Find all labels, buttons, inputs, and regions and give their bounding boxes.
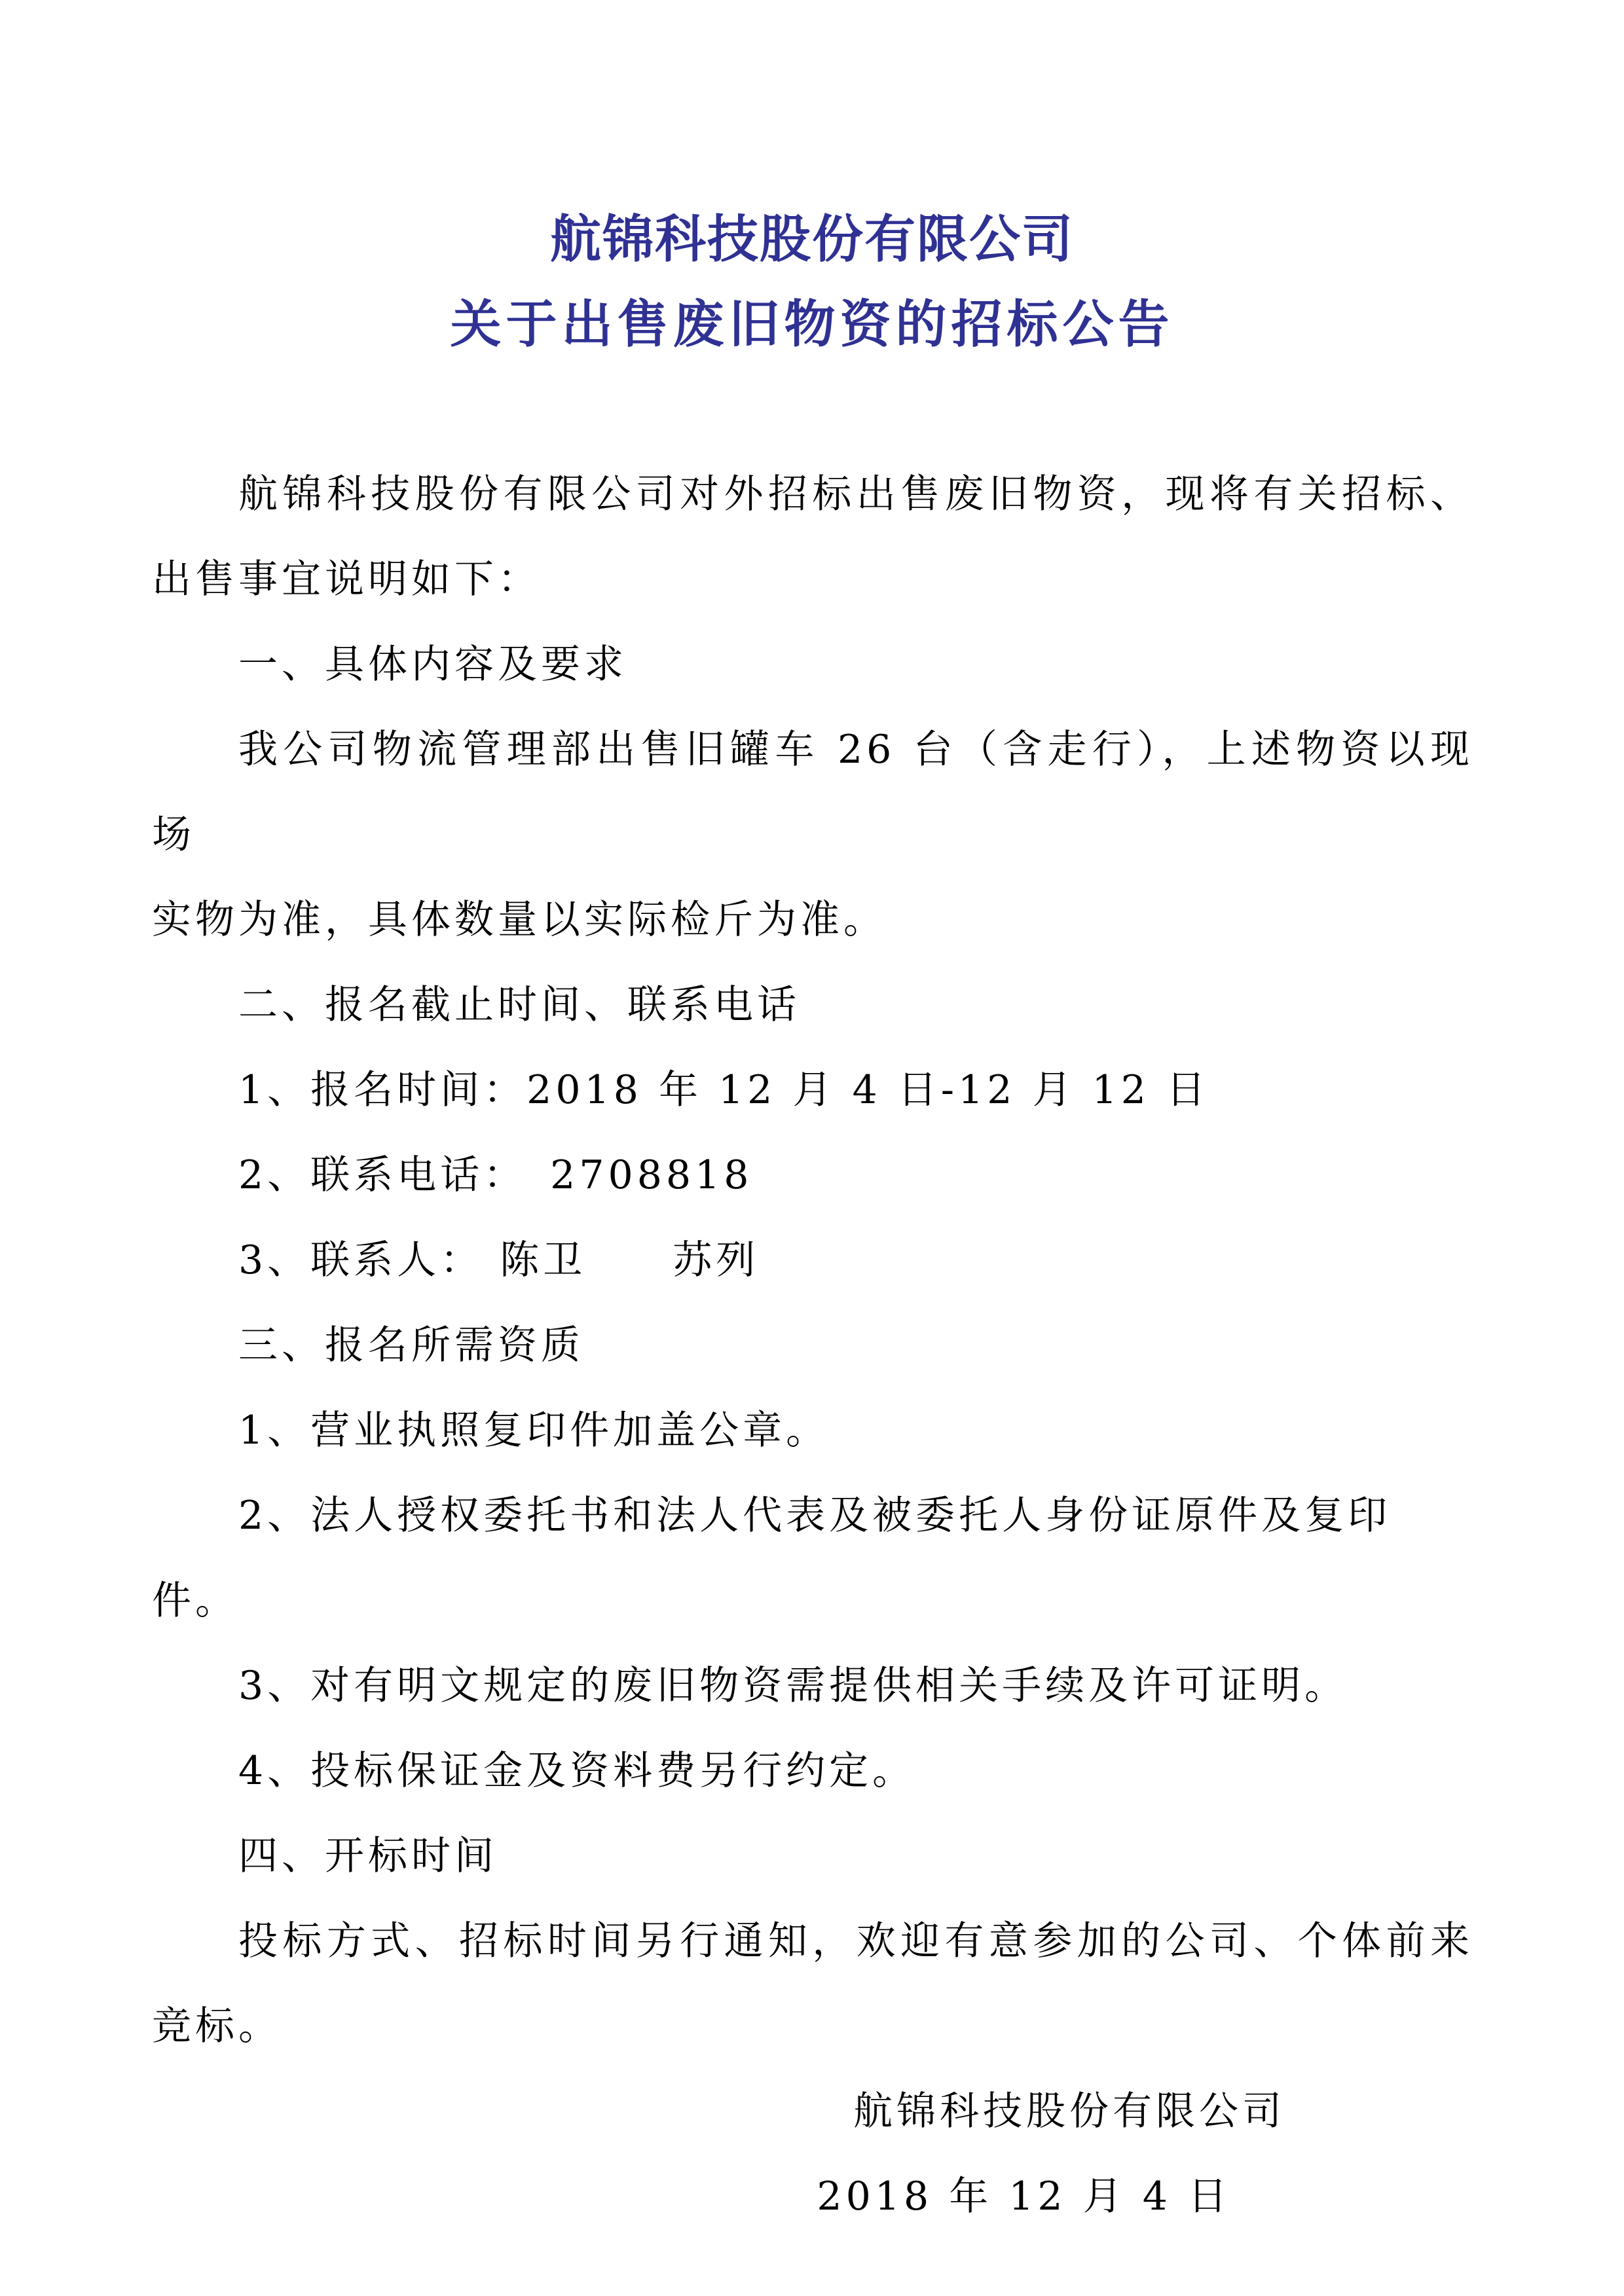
registration-time-line: 1、报名时间：2018 年 12 月 4 日-12 月 12 日 [152, 1048, 1473, 1133]
announcement-body: 航锦科技股份有限公司对外招标出售废旧物资，现将有关招标、 出售事宜说明如下： 一… [0, 452, 1624, 2239]
body-line: 我公司物流管理部出售旧罐车 26 台（含走行），上述物资以现场 [152, 707, 1473, 877]
body-line: 出售事宜说明如下： [152, 537, 1473, 622]
section-heading-4: 四、开标时间 [152, 1813, 1473, 1899]
heading-block: 航锦科技股份有限公司 关于出售废旧物资的招标公告 [0, 0, 1624, 367]
qualification-item-3: 3、对有明文规定的废旧物资需提供相关手续及许可证明。 [152, 1643, 1473, 1728]
body-line: 实物为准，具体数量以实际检斤为准。 [152, 877, 1473, 962]
section-heading-2: 二、报名截止时间、联系电话 [152, 962, 1473, 1048]
section-heading-1: 一、具体内容及要求 [152, 622, 1473, 707]
document-page: 航锦科技股份有限公司 关于出售废旧物资的招标公告 航锦科技股份有限公司对外招标出… [0, 0, 1624, 2296]
announcement-subtitle: 关于出售废旧物资的招标公告 [0, 282, 1624, 367]
body-line: 航锦科技股份有限公司对外招标出售废旧物资，现将有关招标、 [152, 452, 1473, 537]
contact-phone-line: 2、联系电话： 2708818 [152, 1133, 1473, 1218]
body-line: 投标方式、招标时间另行通知，欢迎有意参加的公司、个体前来 [152, 1899, 1473, 1984]
contact-person-line: 3、联系人： 陈卫 苏列 [152, 1218, 1473, 1303]
qualification-item-4: 4、投标保证金及资料费另行约定。 [152, 1728, 1473, 1813]
body-line: 竞标。 [152, 1984, 1473, 2069]
company-title: 航锦科技股份有限公司 [0, 197, 1624, 282]
section-heading-3: 三、报名所需资质 [152, 1303, 1473, 1388]
qualification-item-2: 2、法人授权委托书和法人代表及被委托人身份证原件及复印件。 [152, 1473, 1473, 1643]
signature-company: 航锦科技股份有限公司 [152, 2069, 1473, 2154]
signature-date: 2018 年 12 月 4 日 [152, 2154, 1473, 2239]
qualification-item-1: 1、营业执照复印件加盖公章。 [152, 1388, 1473, 1473]
